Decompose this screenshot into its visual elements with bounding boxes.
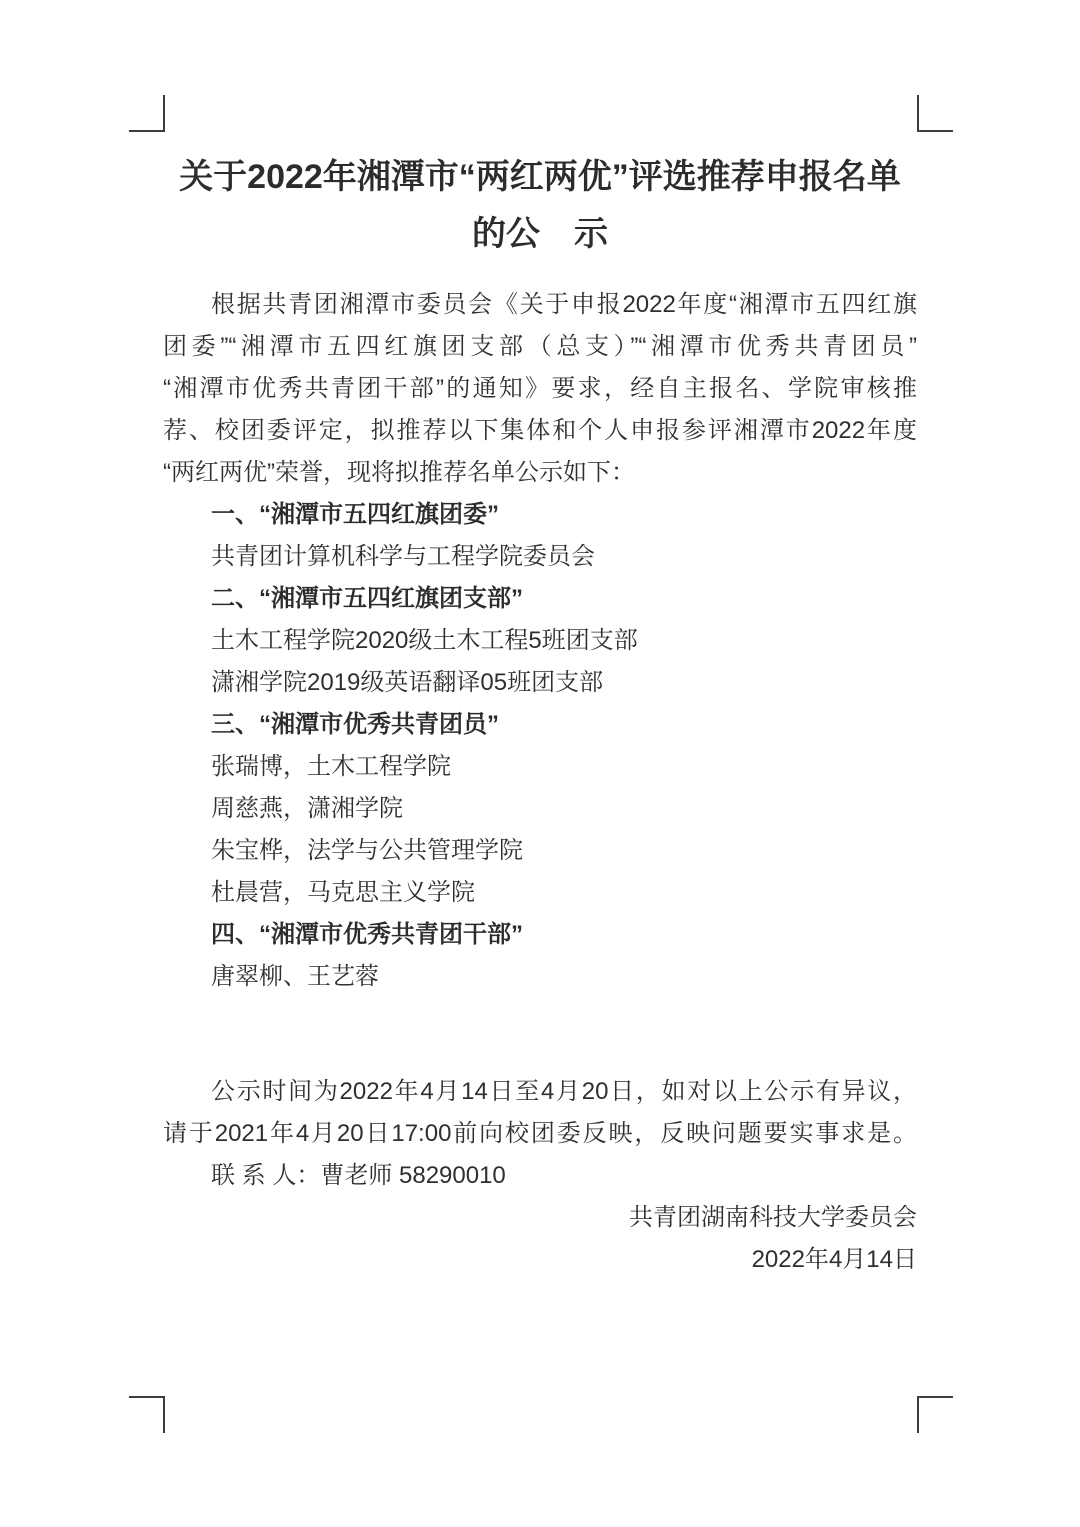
list-item: 杜晨营，马克思主义学院 xyxy=(163,872,917,914)
document-title-line-1: 关于2022年湘潭市“两红两优”评选推荐申报名单 xyxy=(163,149,917,206)
list-item: 土木工程学院2020级土木工程5班团支部 xyxy=(163,620,917,662)
closing-line: 公示时间为2022年4月14日至4月20日，如对以上公示有异议， xyxy=(163,1071,917,1113)
section-heading: 二、“湘潭市五四红旗团支部” xyxy=(163,578,917,620)
intro-line: “湘潭市优秀共青团干部”的通知》要求，经自主报名、学院审核推 xyxy=(163,368,917,410)
intro-line: 团委”“湘潭市五四红旗团支部（总支）”“湘潭市优秀共青团员” xyxy=(163,326,917,368)
document-title-line-2: 的公 示 xyxy=(163,206,917,263)
contact-line: 联 系 人：曹老师 58290010 xyxy=(163,1155,917,1197)
list-item: 共青团计算机科学与工程学院委员会 xyxy=(163,536,917,578)
section-red-flag-committee: 一、“湘潭市五四红旗团委” 共青团计算机科学与工程学院委员会 xyxy=(163,494,917,578)
document-content: 关于2022年湘潭市“两红两优”评选推荐申报名单 的公 示 根据共青团湘潭市委员… xyxy=(163,149,917,1281)
intro-paragraph: 根据共青团湘潭市委员会《关于申报2022年度“湘潭市五四红旗 团委”“湘潭市五四… xyxy=(163,284,917,494)
list-item: 朱宝桦，法学与公共管理学院 xyxy=(163,830,917,872)
document-title: 关于2022年湘潭市“两红两优”评选推荐申报名单 的公 示 xyxy=(163,149,917,263)
list-item: 潇湘学院2019级英语翻译05班团支部 xyxy=(163,662,917,704)
intro-line: “两红两优”荣誉，现将拟推荐名单公示如下： xyxy=(163,452,917,494)
section-outstanding-cadres: 四、“湘潭市优秀共青团干部” 唐翠柳、王艺蓉 xyxy=(163,914,917,998)
document-page: 关于2022年湘潭市“两红两优”评选推荐申报名单 的公 示 根据共青团湘潭市委员… xyxy=(0,0,1080,1527)
section-outstanding-members: 三、“湘潭市优秀共青团员” 张瑞博，土木工程学院 周慈燕，潇湘学院 朱宝桦，法学… xyxy=(163,704,917,914)
crop-mark-top-right-icon xyxy=(917,95,953,132)
intro-line: 荐、校团委评定，拟推荐以下集体和个人申报参评湘潭市2022年度 xyxy=(163,410,917,452)
signature-organization: 共青团湖南科技大学委员会 xyxy=(163,1197,917,1239)
list-item: 张瑞博，土木工程学院 xyxy=(163,746,917,788)
section-heading: 一、“湘潭市五四红旗团委” xyxy=(163,494,917,536)
section-heading: 三、“湘潭市优秀共青团员” xyxy=(163,704,917,746)
document-body: 根据共青团湘潭市委员会《关于申报2022年度“湘潭市五四红旗 团委”“湘潭市五四… xyxy=(163,284,917,1281)
section-heading: 四、“湘潭市优秀共青团干部” xyxy=(163,914,917,956)
crop-mark-top-left-icon xyxy=(129,95,165,132)
signature-date: 2022年4月14日 xyxy=(163,1239,917,1281)
crop-mark-bottom-left-icon xyxy=(129,1396,165,1433)
crop-mark-bottom-right-icon xyxy=(917,1396,953,1433)
list-item: 唐翠柳、王艺蓉 xyxy=(163,956,917,998)
signature-block: 共青团湖南科技大学委员会 2022年4月14日 xyxy=(163,1197,917,1281)
list-item: 周慈燕，潇湘学院 xyxy=(163,788,917,830)
closing-line: 请于2021年4月20日17:00前向校团委反映，反映问题要实事求是。 xyxy=(163,1113,917,1155)
section-red-flag-branch: 二、“湘潭市五四红旗团支部” 土木工程学院2020级土木工程5班团支部 潇湘学院… xyxy=(163,578,917,704)
closing-paragraph: 公示时间为2022年4月14日至4月20日，如对以上公示有异议， 请于2021年… xyxy=(163,1071,917,1197)
intro-line: 根据共青团湘潭市委员会《关于申报2022年度“湘潭市五四红旗 xyxy=(163,284,917,326)
